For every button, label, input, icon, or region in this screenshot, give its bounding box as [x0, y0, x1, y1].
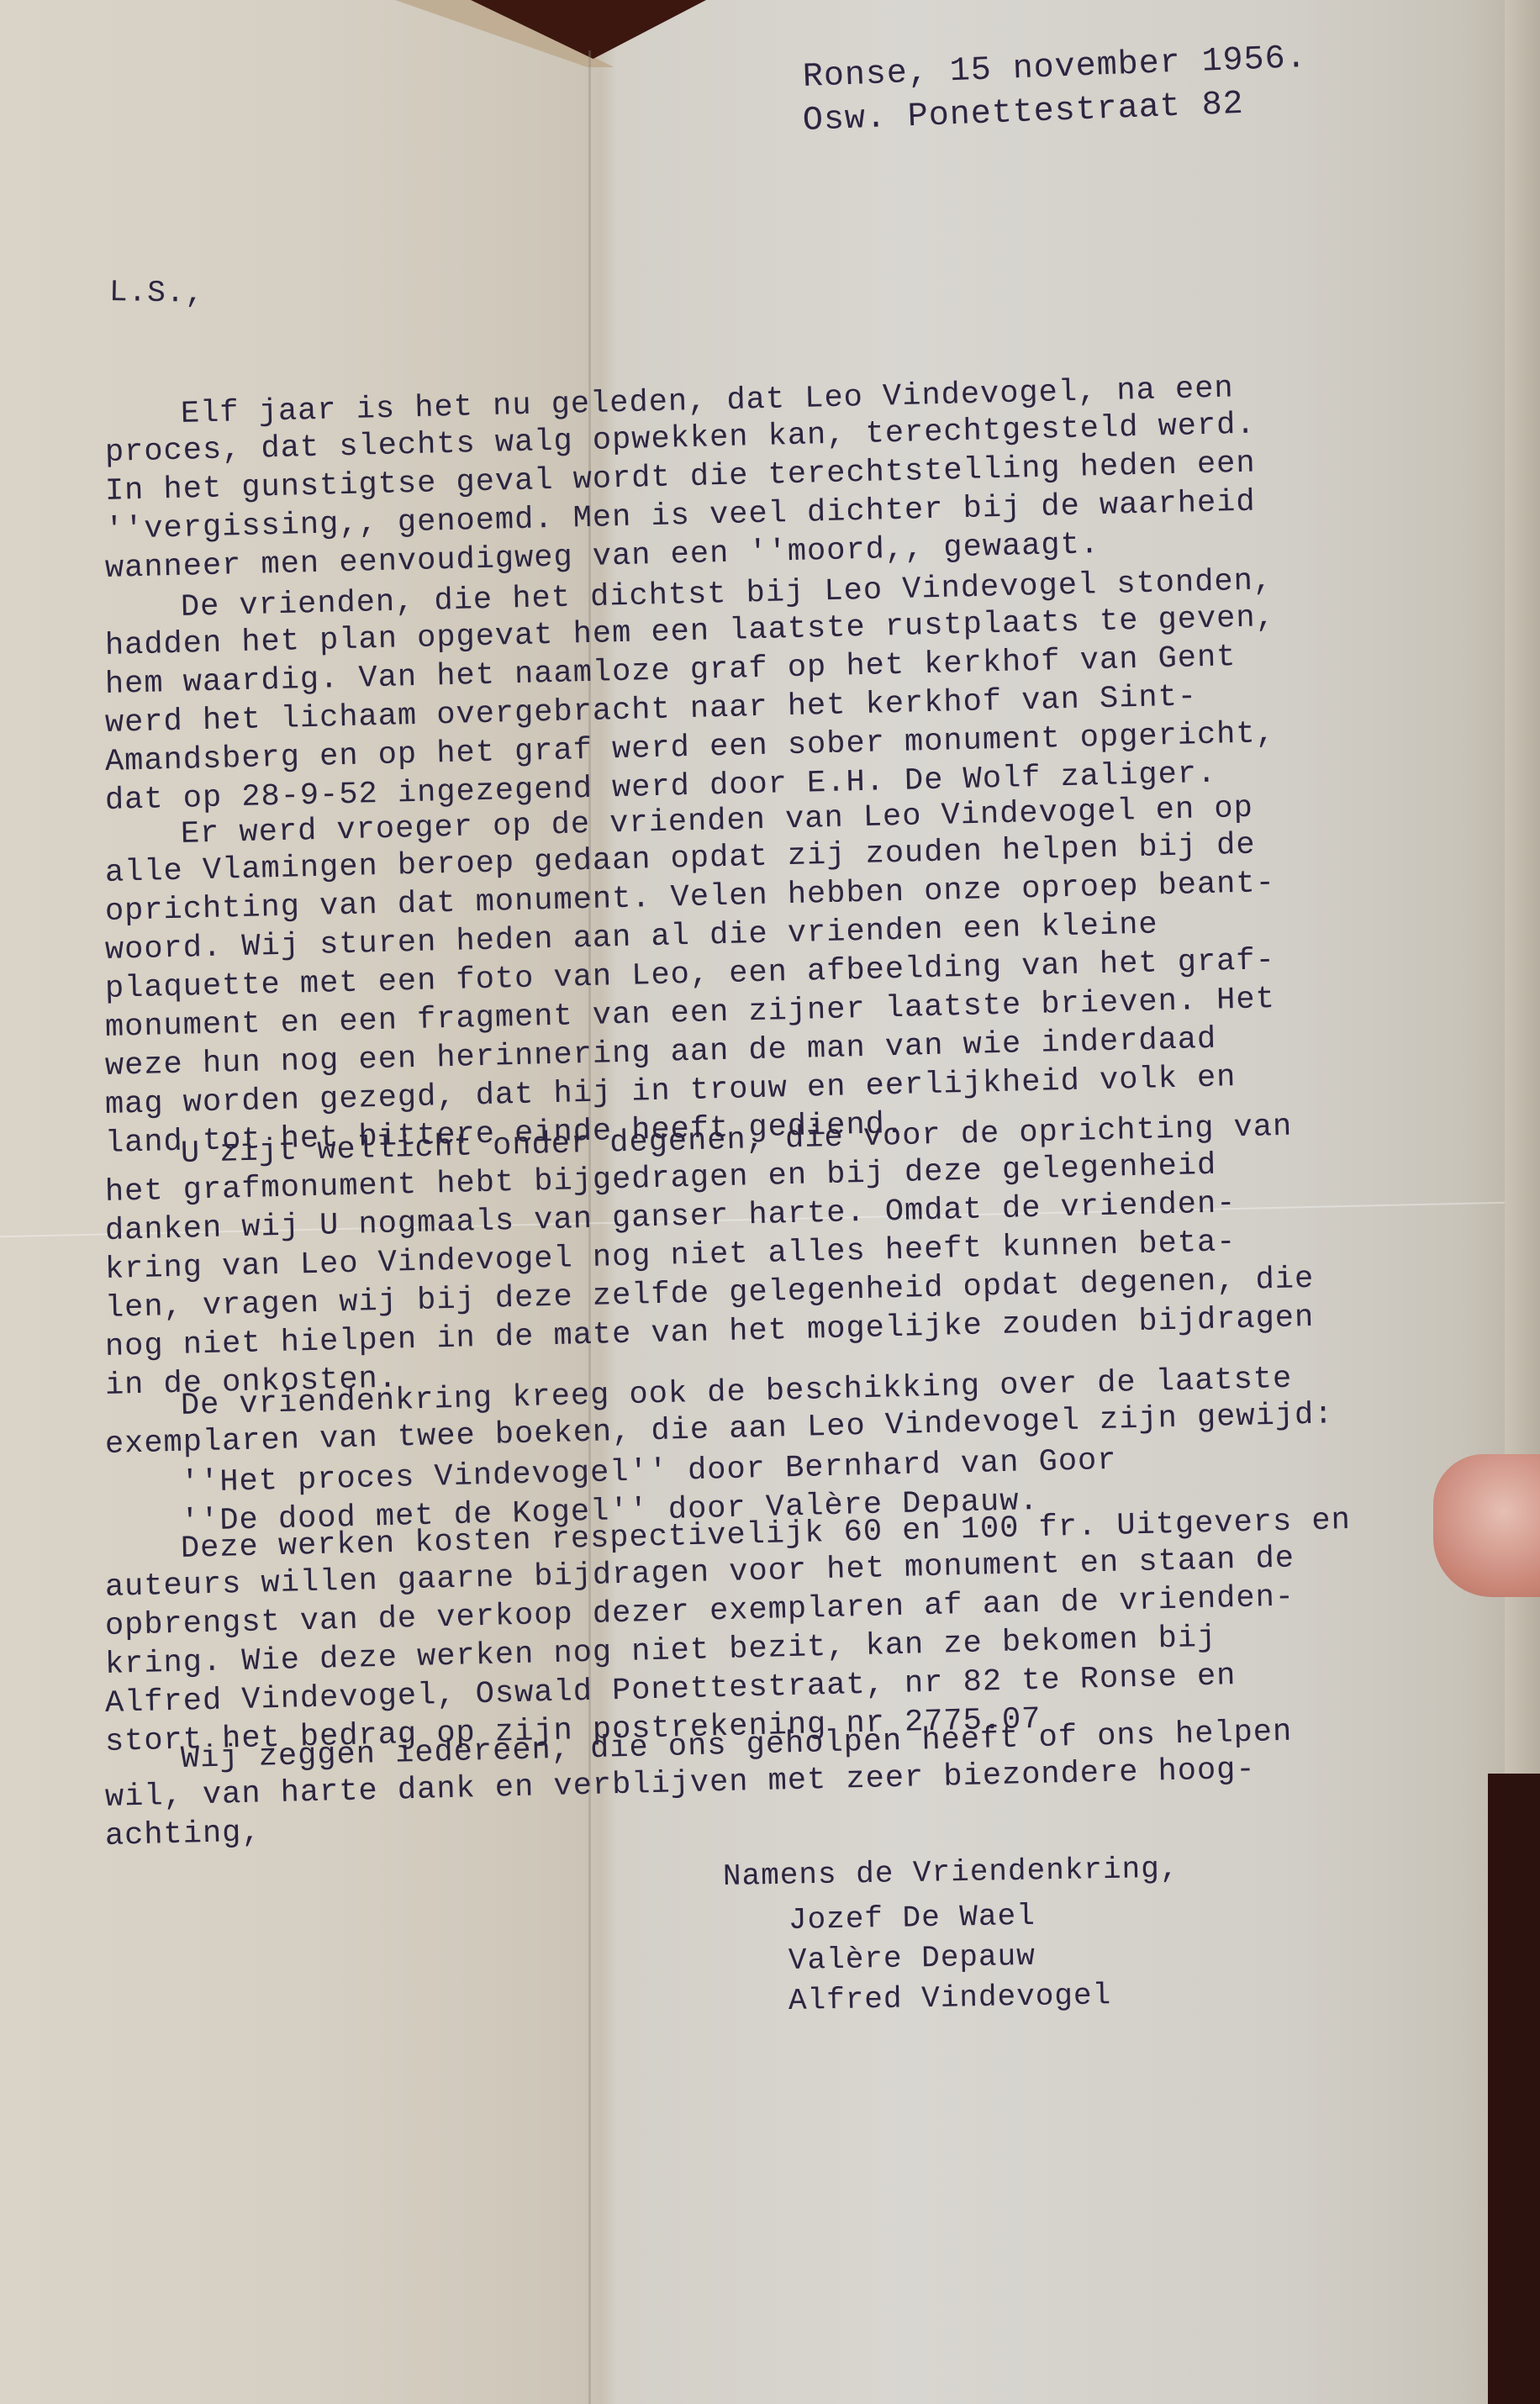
closing: Namens de Vriendenkring,	[723, 1850, 1179, 1896]
salutation: L.S.,	[109, 273, 205, 314]
signatory: Jozef De Wael	[788, 1897, 1036, 1940]
letter-line: achting,	[104, 1813, 261, 1856]
signatory: Alfred Vindevogel	[788, 1976, 1112, 2021]
signatory: Valère Depauw	[788, 1937, 1036, 1980]
letter-body: Ronse, 15 november 1956. Osw. Ponettestr…	[0, 0, 1540, 2404]
